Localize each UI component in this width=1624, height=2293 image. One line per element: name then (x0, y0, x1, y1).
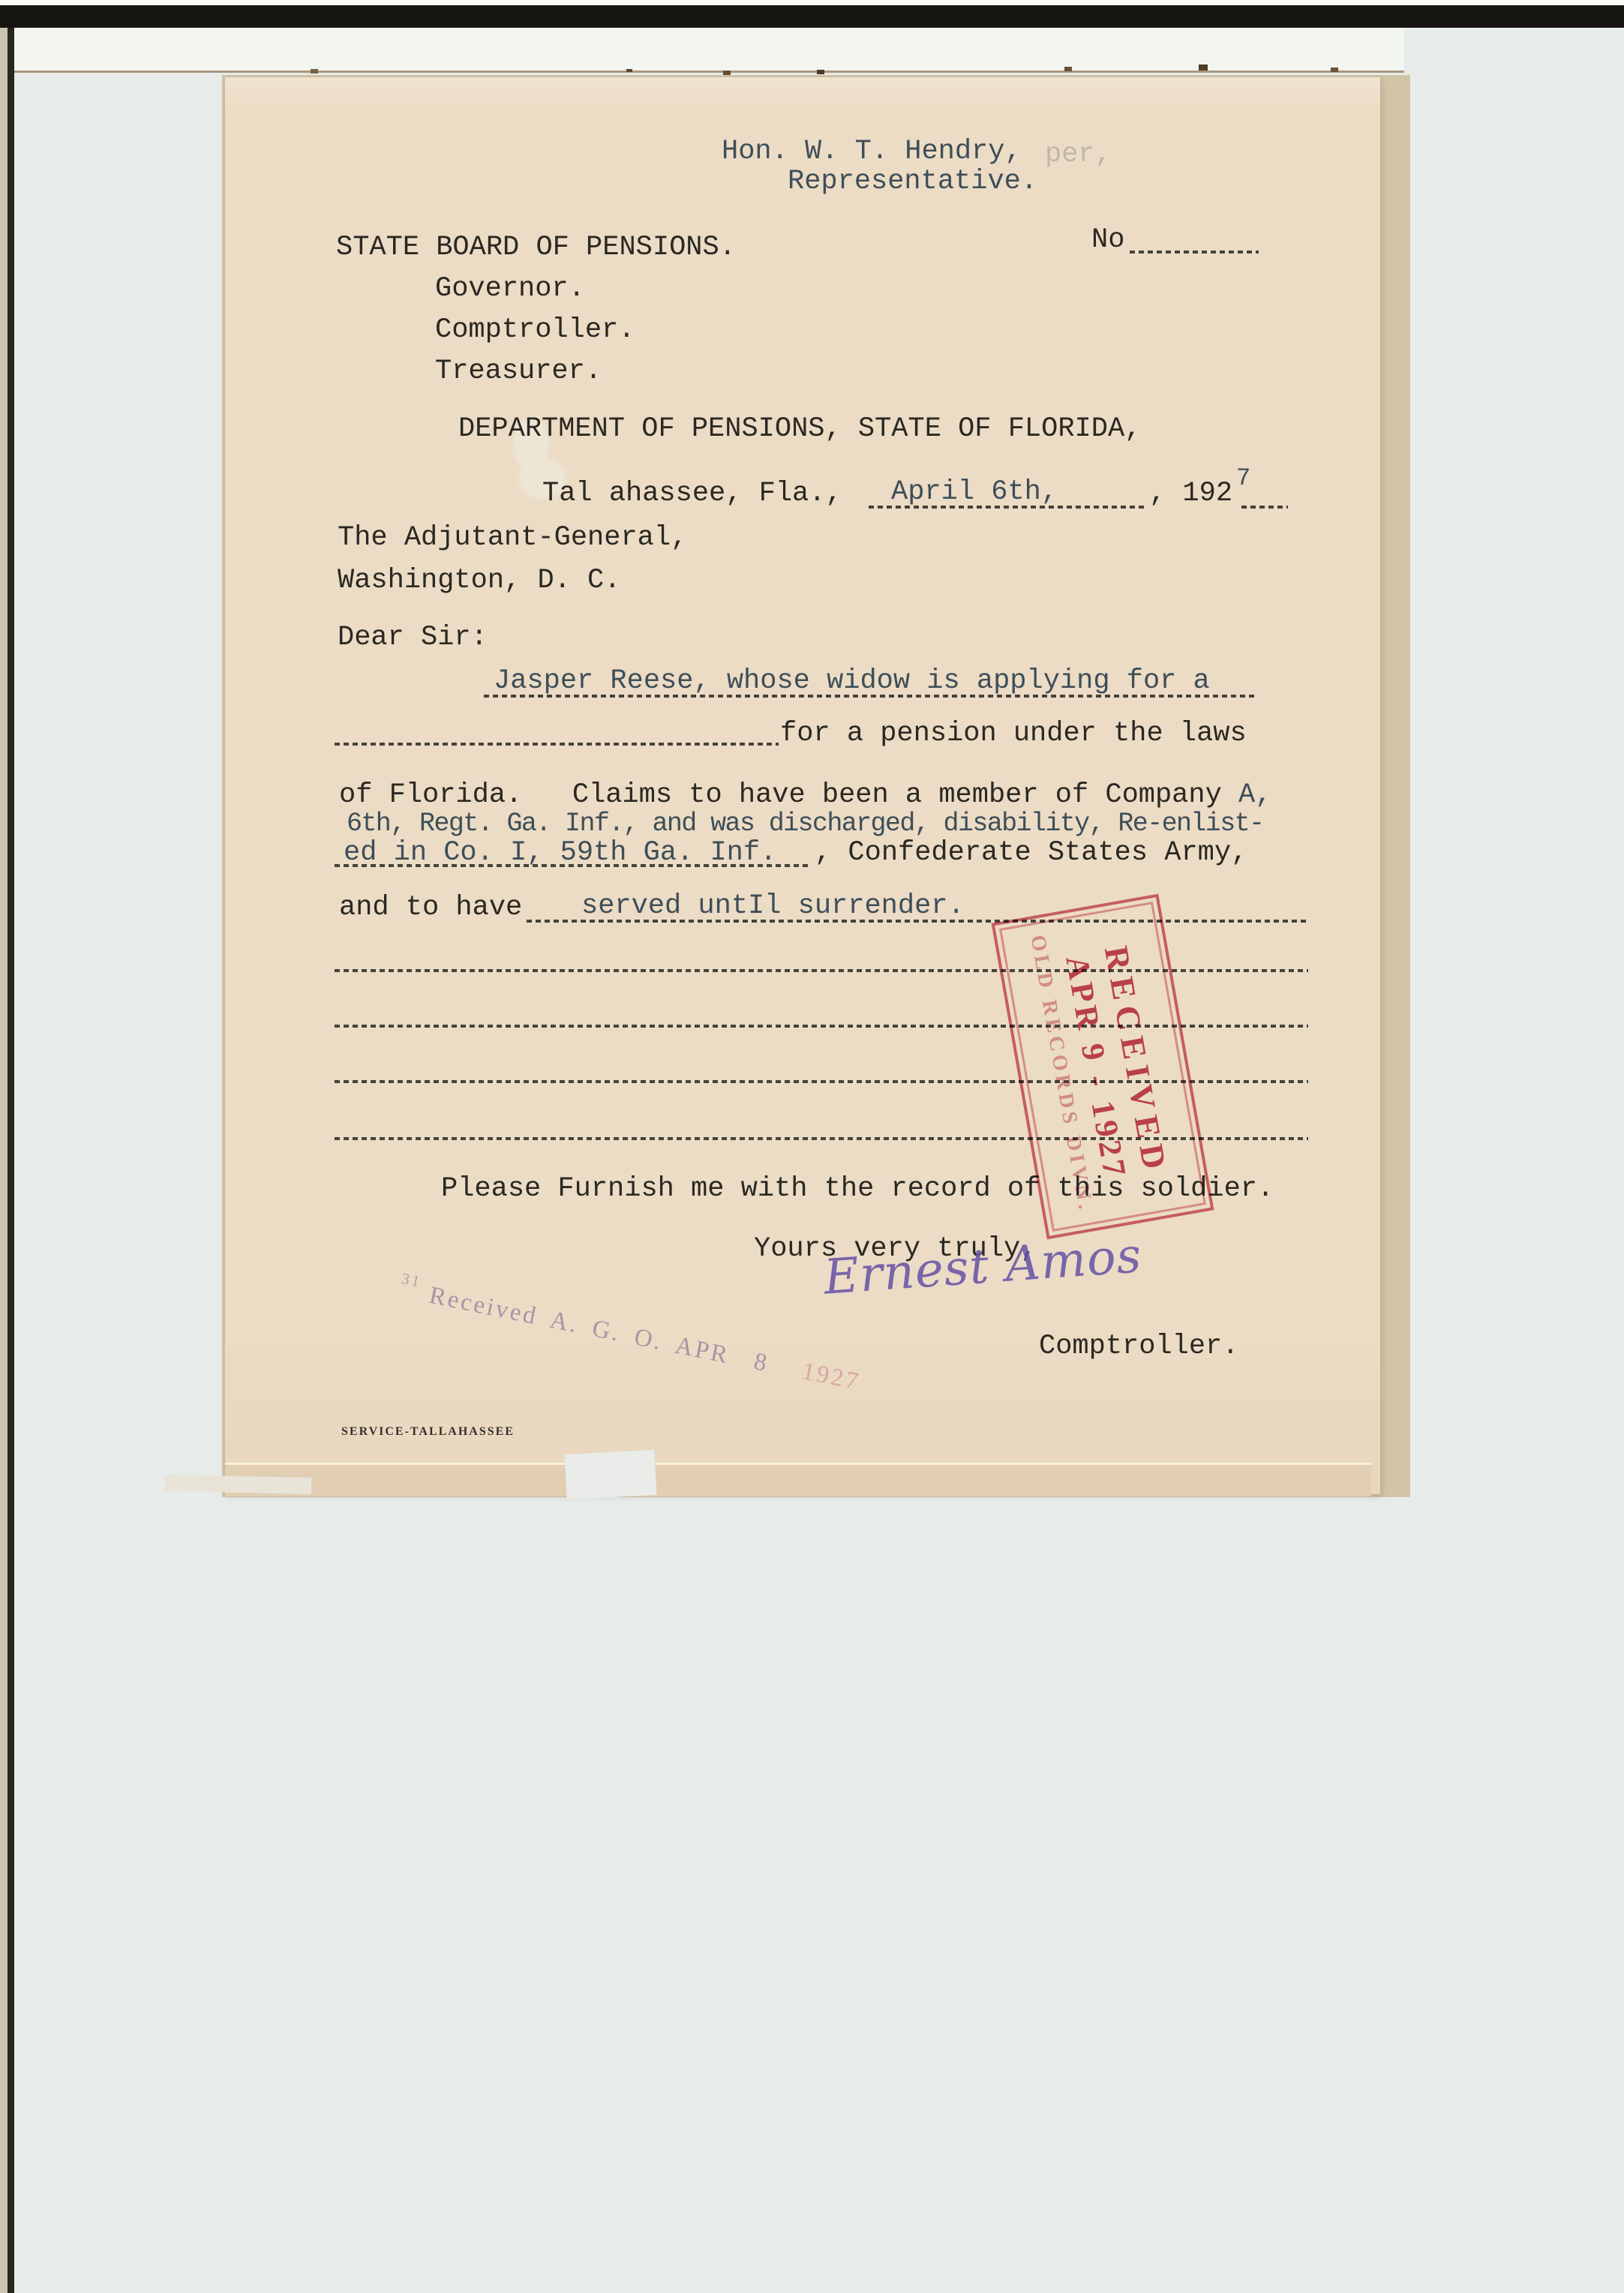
dust-specks (626, 69, 632, 72)
place-label: Tal ahassee, Fla., (542, 479, 842, 509)
army-printed: , Confederate States Army, (815, 838, 1247, 869)
company-typed: A, (1238, 779, 1271, 811)
paper-bottom-fold (225, 1463, 1371, 1496)
served-typed: served untIl surrender. (581, 891, 965, 922)
ghost-typed-text: per, (1045, 140, 1112, 170)
date-typed: April 6th, (891, 477, 1058, 508)
signer-title: Comptroller. (1039, 1331, 1238, 1362)
claims-line: of Florida. Claims to have been a member… (339, 780, 1271, 811)
scan-left-frame-line (8, 0, 14, 2293)
scan-top-edge (0, 0, 1624, 5)
pension-printed-line: for a pension under the laws (780, 719, 1247, 749)
claims-printed: of Florida. Claims to have been a member… (339, 779, 1238, 811)
addressee-name: Hon. W. T. Hendry, (722, 137, 1022, 167)
board-title: STATE BOARD OF PENSIONS. (336, 233, 736, 263)
year-typed: 7 (1236, 465, 1250, 491)
salutation: Dear Sir: (338, 623, 488, 653)
ago-stamp-day: 8 (752, 1348, 771, 1377)
scan-left-margin (0, 0, 8, 2293)
backing-sheet-sliver (165, 1475, 311, 1494)
board-member: Treasurer. (435, 356, 602, 387)
scanned-letter: Hon. W. T. Hendry, per, Representative. … (0, 0, 1624, 2293)
form-blank-line (335, 743, 779, 746)
board-member: Governor. (435, 274, 585, 305)
soldier-name-typed: Jasper Reese, whose widow is applying fo… (494, 666, 1210, 697)
scan-top-frame-bar (0, 5, 1624, 28)
paper-torn-notch (565, 1450, 657, 1499)
recipient-line: The Adjutant-General, (338, 523, 687, 554)
service-typed-line: 6th, Regt. Ga. Inf., and was discharged,… (347, 809, 1263, 839)
year-blank-line (1241, 506, 1288, 509)
form-blank-line (335, 864, 812, 867)
number-blank-line (1130, 251, 1259, 254)
jacket-white-band (14, 28, 1404, 73)
board-member: Comptroller. (435, 315, 635, 346)
department-title: DEPARTMENT OF PENSIONS, STATE OF FLORIDA… (458, 414, 1141, 445)
year-printed: , 192 (1149, 479, 1232, 509)
recipient-line: Washington, D. C. (338, 566, 620, 596)
printer-imprint: SERVICE-TALLAHASSEE (341, 1425, 515, 1439)
served-label: and to have (339, 893, 522, 923)
addressee-title: Representative. (788, 167, 1037, 197)
number-label: No (1091, 225, 1124, 256)
ago-stamp-prefix: 31 (400, 1269, 423, 1291)
form-blank-line (484, 695, 1256, 698)
